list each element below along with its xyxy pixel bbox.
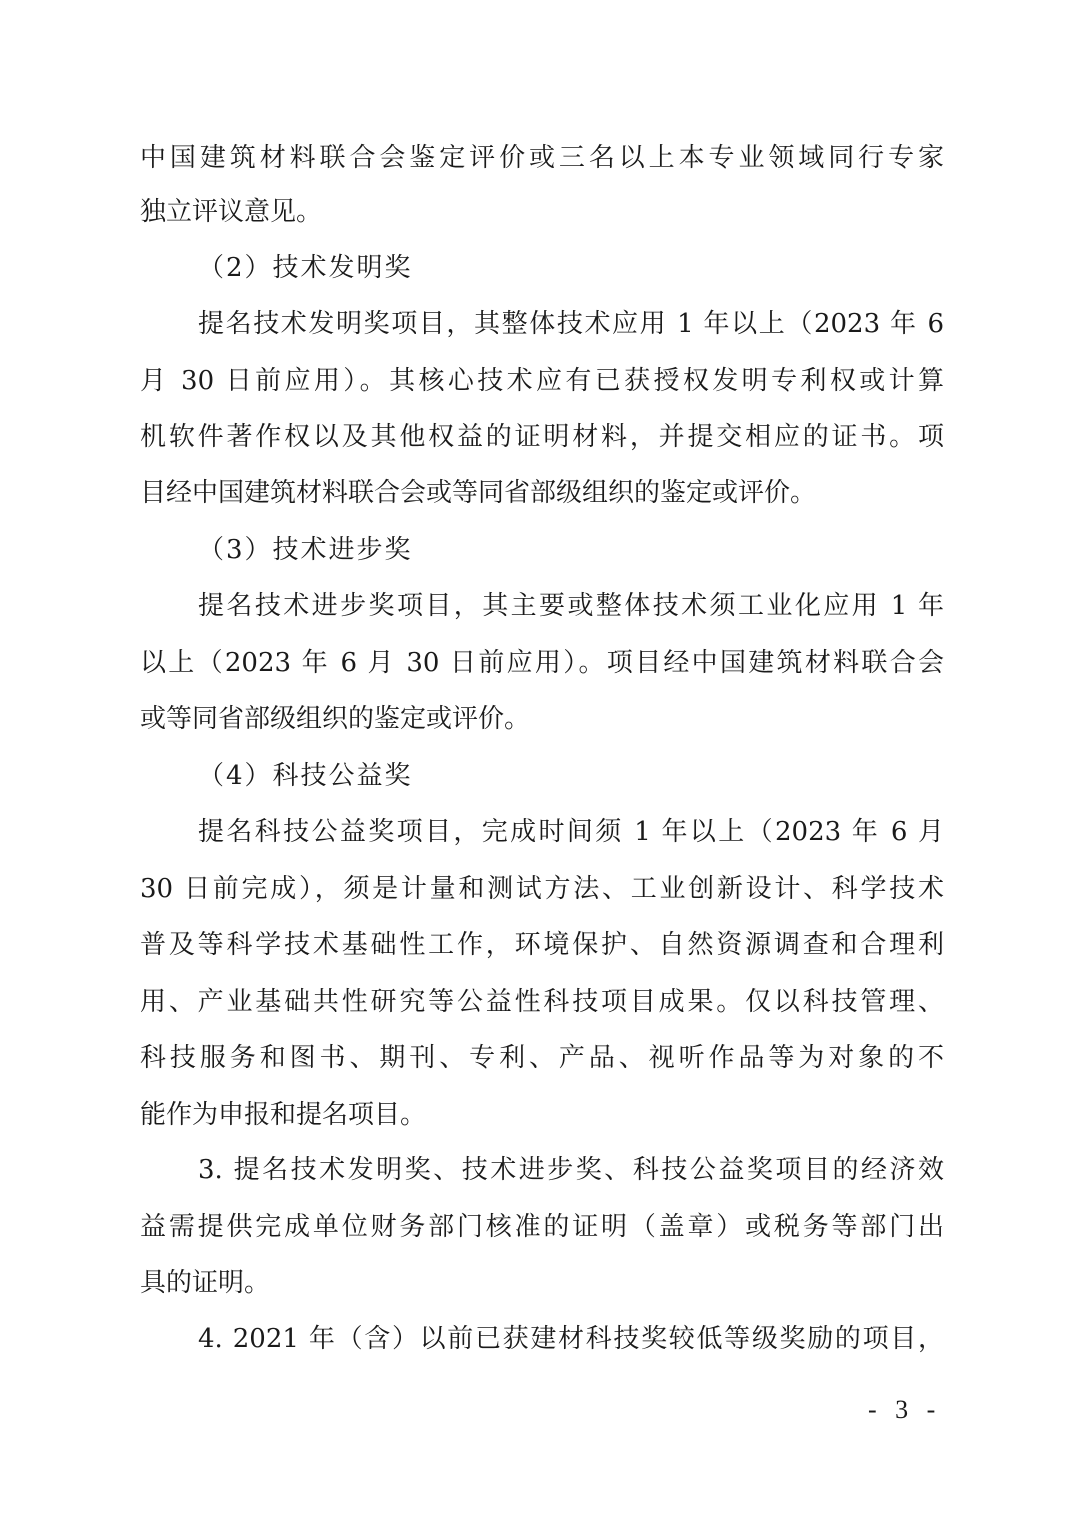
section-heading-technical-progress-award: （3）技术进步奖 — [198, 530, 413, 570]
body-line: 具的证明。 — [140, 1263, 944, 1303]
section-heading-public-welfare-award: （4）科技公益奖 — [198, 756, 413, 796]
body-line: 独立评议意见。 — [140, 192, 944, 232]
paragraph-first-line: 提名技术发明奖项目，其整体技术应用 1 年以上（2023 年 6 — [198, 304, 944, 344]
body-line: 或等同省部级组织的鉴定或评价。 — [140, 699, 944, 739]
body-line: 目经中国建筑材料联合会或等同省部级组织的鉴定或评价。 — [140, 473, 944, 513]
numbered-item-3: 3. 提名技术发明奖、技术进步奖、科技公益奖项目的经济效 — [198, 1150, 944, 1190]
body-line: 用、产业基础共性研究等公益性科技项目成果。仅以科技管理、 — [140, 982, 944, 1022]
page-number: - 3 - — [868, 1392, 941, 1428]
body-line: 科技服务和图书、期刊、专利、产品、视听作品等为对象的不 — [140, 1038, 944, 1078]
body-line: 月 30 日前应用）。其核心技术应有已获授权发明专利权或计算 — [140, 361, 944, 401]
body-line: 中国建筑材料联合会鉴定评价或三名以上本专业领域同行专家 — [140, 138, 944, 178]
body-line: 益需提供完成单位财务部门核准的证明（盖章）或税务等部门出 — [140, 1207, 944, 1247]
body-line: 普及等科学技术基础性工作，环境保护、自然资源调查和合理利 — [140, 925, 944, 965]
section-heading-technical-invention-award: （2）技术发明奖 — [198, 248, 413, 288]
document-page: 中国建筑材料联合会鉴定评价或三名以上本专业领域同行专家 独立评议意见。 （2）技… — [0, 0, 1080, 1526]
body-line: 机软件著作权以及其他权益的证明材料，并提交相应的证书。项 — [140, 417, 944, 457]
numbered-item-4: 4. 2021 年（含）以前已获建材科技奖较低等级奖励的项目， — [198, 1319, 944, 1359]
body-line: 以上（2023 年 6 月 30 日前应用）。项目经中国建筑材料联合会 — [140, 643, 944, 683]
paragraph-first-line: 提名技术进步奖项目，其主要或整体技术须工业化应用 1 年 — [198, 586, 944, 626]
body-line: 能作为申报和提名项目。 — [140, 1095, 944, 1135]
paragraph-first-line: 提名科技公益奖项目，完成时间须 1 年以上（2023 年 6 月 — [198, 812, 944, 852]
body-line: 30 日前完成），须是计量和测试方法、工业创新设计、科学技术 — [140, 869, 944, 909]
